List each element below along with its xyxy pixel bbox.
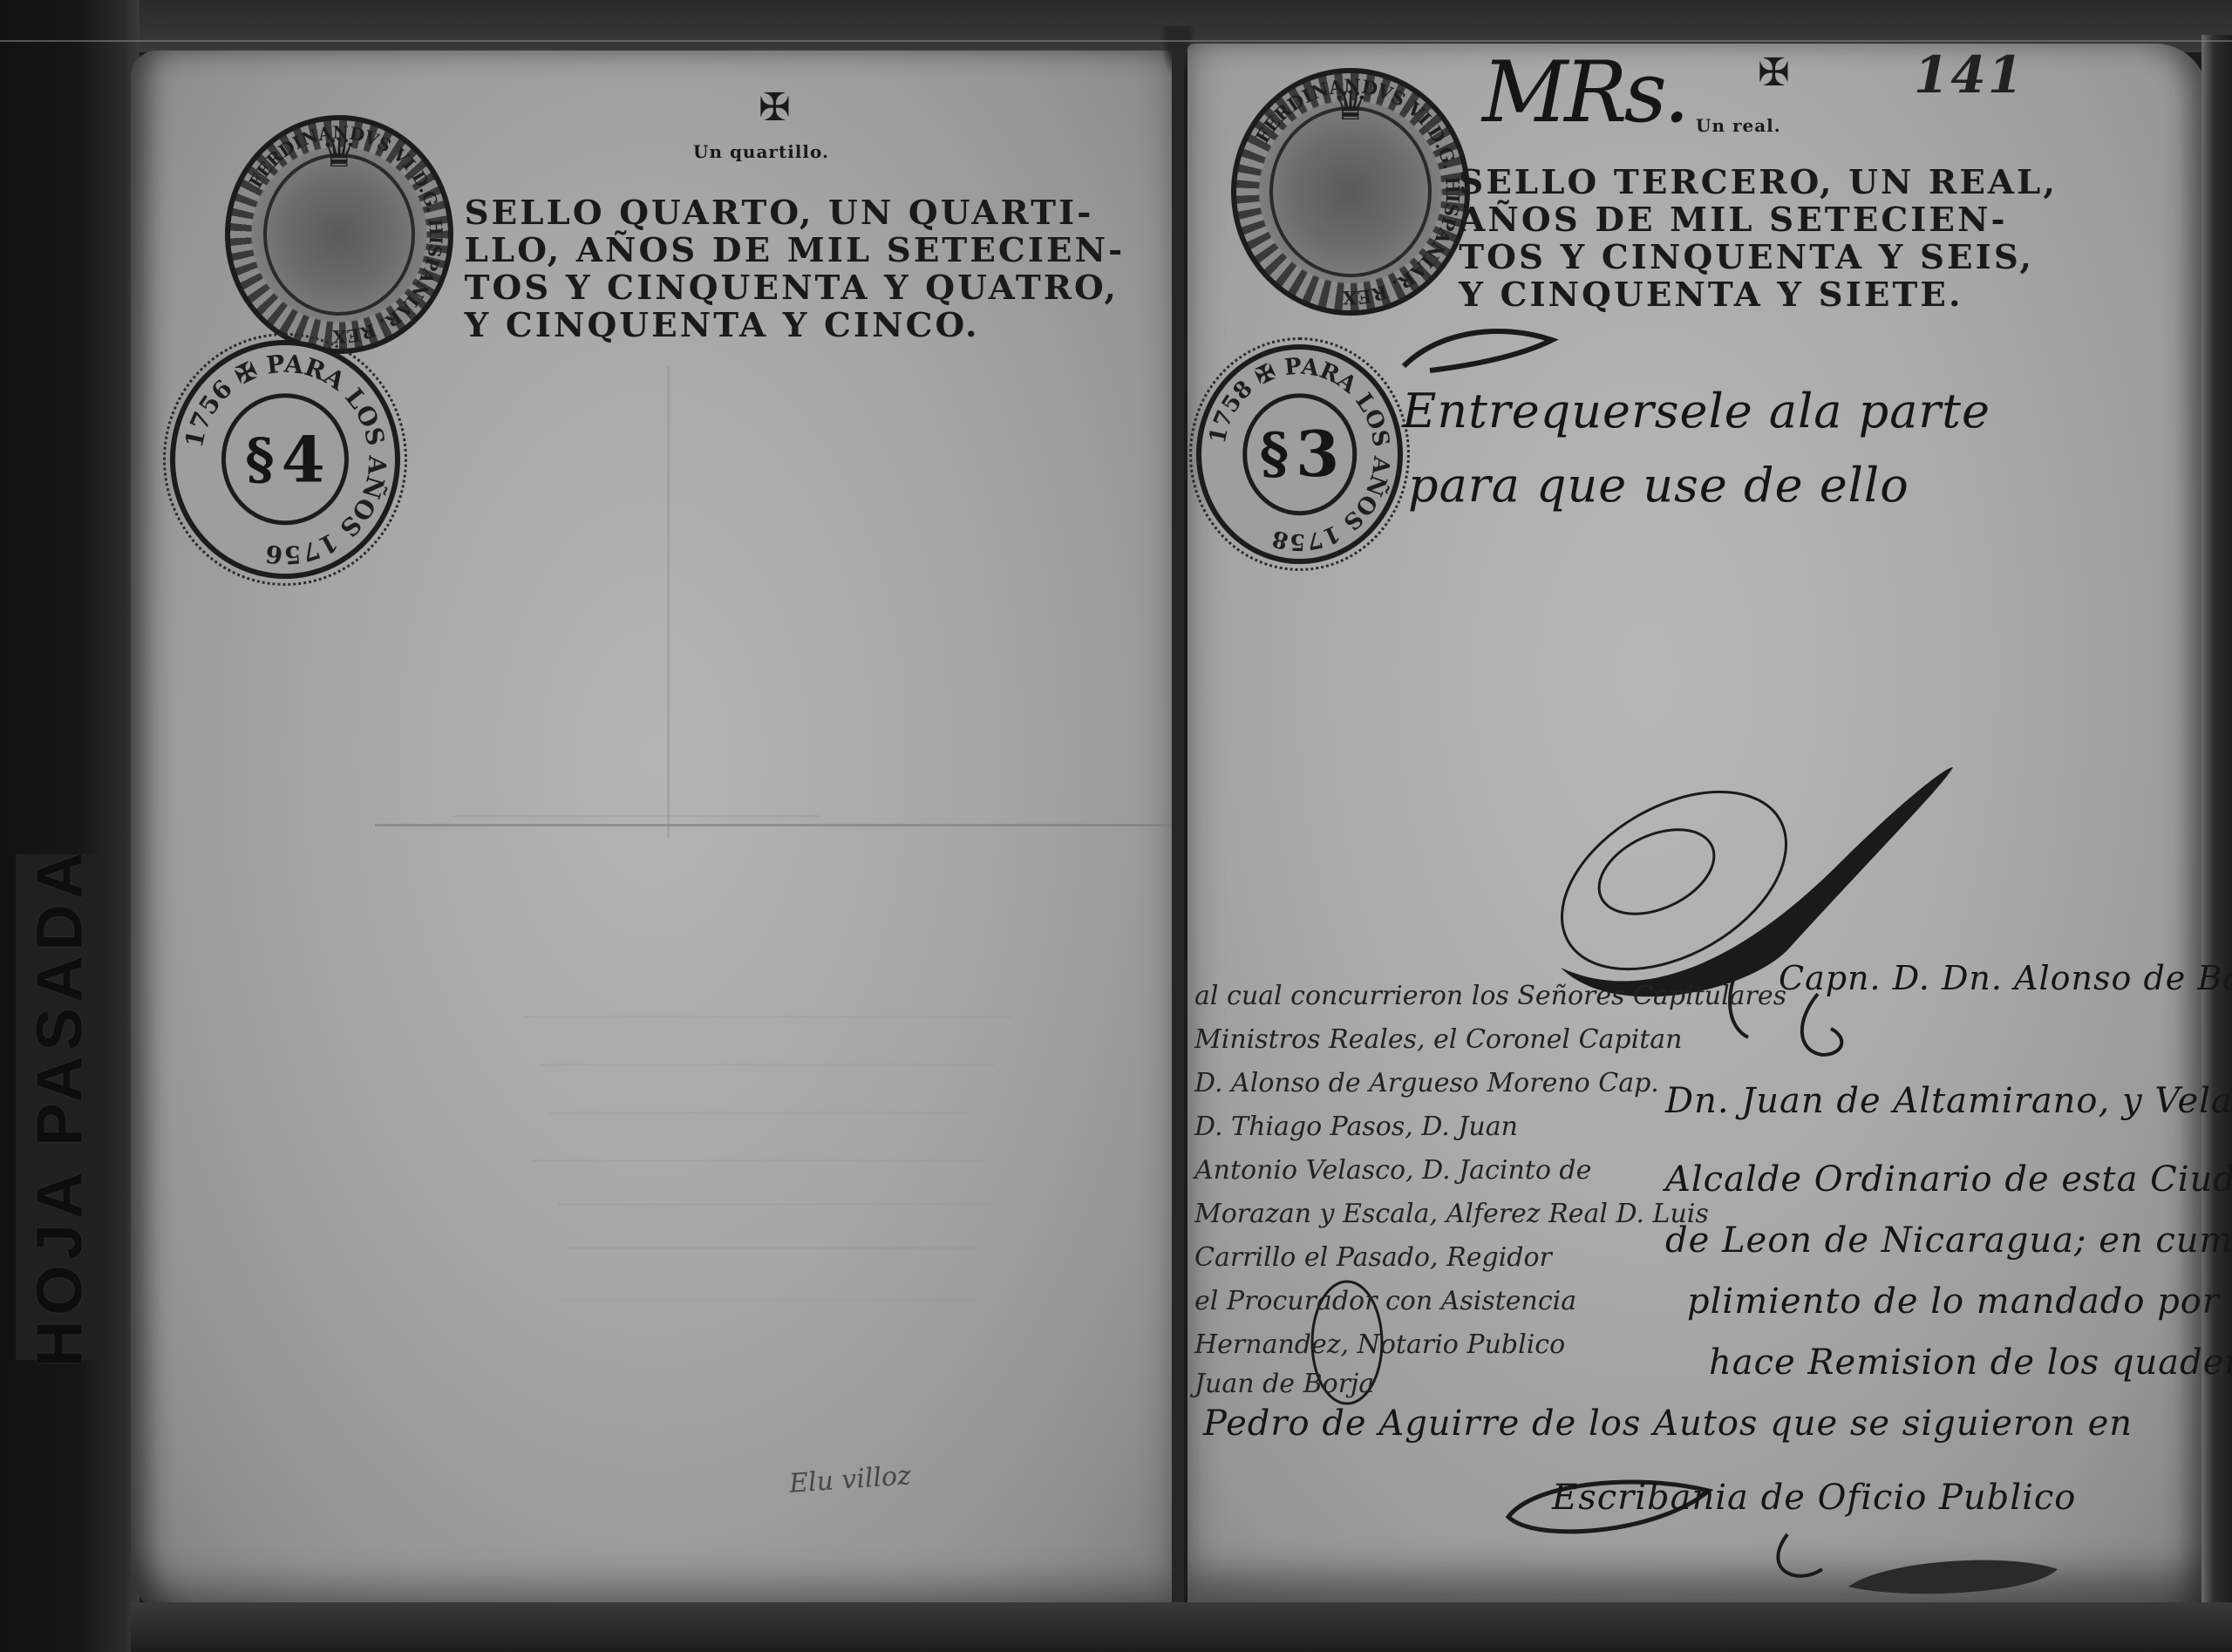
body-line: Dn. Juan de Altamirano, y Velasco: [1665, 1081, 2232, 1121]
seal-center: § 4: [221, 393, 349, 525]
printed-line: SELLO QUARTO, UN QUARTI-: [465, 196, 1126, 234]
section-symbol: §: [1260, 422, 1289, 487]
cross-icon: ✠: [1758, 51, 1790, 95]
scan-frame-bottom: [131, 1602, 2232, 1652]
body-line: Pedro de Aguirre de los Autos que se sig…: [1203, 1404, 2133, 1444]
handwritten-heading-line: para que use de ello: [1408, 458, 1909, 513]
margin-note-line: Juan de Borja: [1194, 1369, 1374, 1399]
bleed-through-line: [532, 1159, 985, 1162]
scan-left-margin: [0, 0, 139, 1652]
seal-legend: FERDINANDVS VI D.G. HISPANIAR. REX: [230, 120, 448, 349]
right-page-edge: [2201, 35, 2232, 1630]
printed-header-right: SELLO TERCERO, UN REAL, AÑOS DE MIL SETE…: [1465, 166, 2052, 316]
body-line: Capn. D. Dn. Alonso de Baeza: [1779, 959, 2232, 997]
royal-seal-right: ♛ FERDINANDVS VI D.G. HISPANIAR. REX: [1231, 68, 1470, 316]
margin-note-line: D. Thiago Pasos, D. Juan: [1194, 1112, 1518, 1142]
denomination-label: Un quartillo.: [693, 141, 829, 162]
margin-note-line: D. Alonso de Argueso Moreno Cap.: [1194, 1068, 1659, 1098]
margin-note-line: al cual concurrieron los Señores Capitul…: [1194, 981, 1786, 1011]
margin-note-line: Morazan y Escala, Alferez Real D. Luis: [1194, 1199, 1709, 1229]
printed-header-left: SELLO QUARTO, UN QUARTI- LLO, AÑOS DE MI…: [471, 196, 1119, 346]
body-line: Alcalde Ordinario de esta Ciudad: [1665, 1159, 2232, 1200]
svg-text:FERDINANDVS VI D.G. HISPANIAR.: FERDINANDVS VI D.G. HISPANIAR. REX: [1251, 75, 1464, 309]
body-line: hace Remision de los quadernos: [1709, 1343, 2232, 1383]
margin-note-line: Hernandez, Notario Publico: [1194, 1329, 1565, 1360]
margin-note-line: Carrillo el Pasado, Regidor: [1194, 1242, 1552, 1273]
printed-line: Y CINQUENTA Y CINCO.: [465, 309, 1126, 346]
margin-note-line: Antonio Velasco, D. Jacinto de: [1194, 1155, 1591, 1186]
svg-text:FERDINANDVS VI D.G. HISPANIAR.: FERDINANDVS VI D.G. HISPANIAR. REX: [245, 122, 447, 347]
printed-line: TOS Y CINQUENTA Y SEIS,: [1459, 241, 2058, 278]
spine-label: HOJA PASADA: [23, 847, 97, 1367]
body-line: Escribania de Oficio Publico: [1552, 1478, 2076, 1518]
bleed-through-line: [541, 1064, 994, 1066]
printed-line: LLO, AÑOS DE MIL SETECIEN-: [465, 234, 1126, 271]
bleed-through-line: [567, 1247, 976, 1249]
body-line: plimiento de lo mandado por S.M.: [1687, 1281, 2232, 1322]
folio-number: 141: [1914, 45, 2024, 105]
denomination-label: Un real.: [1696, 115, 1781, 136]
stamp-seal-right: 1758 ✠ PARA LOS AÑOS 1758 § 3: [1196, 344, 1403, 564]
cross-icon: ✠: [759, 85, 791, 130]
printed-line: Y CINQUENTA Y SIETE.: [1459, 278, 2058, 316]
book-gutter: [1172, 48, 1184, 1626]
bleed-through-line: [453, 815, 820, 818]
bleed-through-line: [549, 1112, 968, 1114]
seal-number: 3: [1296, 418, 1339, 492]
body-line: de Leon de Nicaragua; en cum-: [1665, 1220, 2232, 1261]
printed-line: SELLO TERCERO, UN REAL,: [1459, 166, 2058, 203]
seal-legend: FERDINANDVS VI D.G. HISPANIAR. REX: [1236, 73, 1465, 310]
scan-artifact-line: [0, 40, 2232, 42]
margin-note-line: el Procurador con Asistencia: [1194, 1286, 1576, 1316]
margin-note-line: Ministros Reales, el Coronel Capitan: [1194, 1024, 1682, 1055]
left-page-fold: [375, 824, 1177, 826]
bleed-through-line: [558, 1203, 994, 1206]
bleed-through-line: [523, 1016, 1011, 1018]
printed-line: TOS Y CINQUENTA Y QUATRO,: [465, 271, 1126, 309]
handwritten-heading-line: Entrequersele ala parte: [1402, 384, 1990, 438]
seal-number: 4: [282, 423, 325, 497]
seal-center: § 3: [1242, 393, 1358, 515]
folio-mark: MRs.: [1482, 44, 1686, 141]
left-page-crease: [667, 366, 670, 837]
royal-seal-left: ♛ FERDINANDVS VI D.G. HISPANIAR. REX: [225, 115, 453, 354]
bleed-through-line: [558, 1299, 976, 1302]
stamp-seal-left: 1756 ✠ PARA LOS AÑOS 1756 § 4: [170, 340, 400, 579]
printed-line: AÑOS DE MIL SETECIEN-: [1459, 203, 2058, 241]
section-symbol: §: [245, 427, 274, 493]
